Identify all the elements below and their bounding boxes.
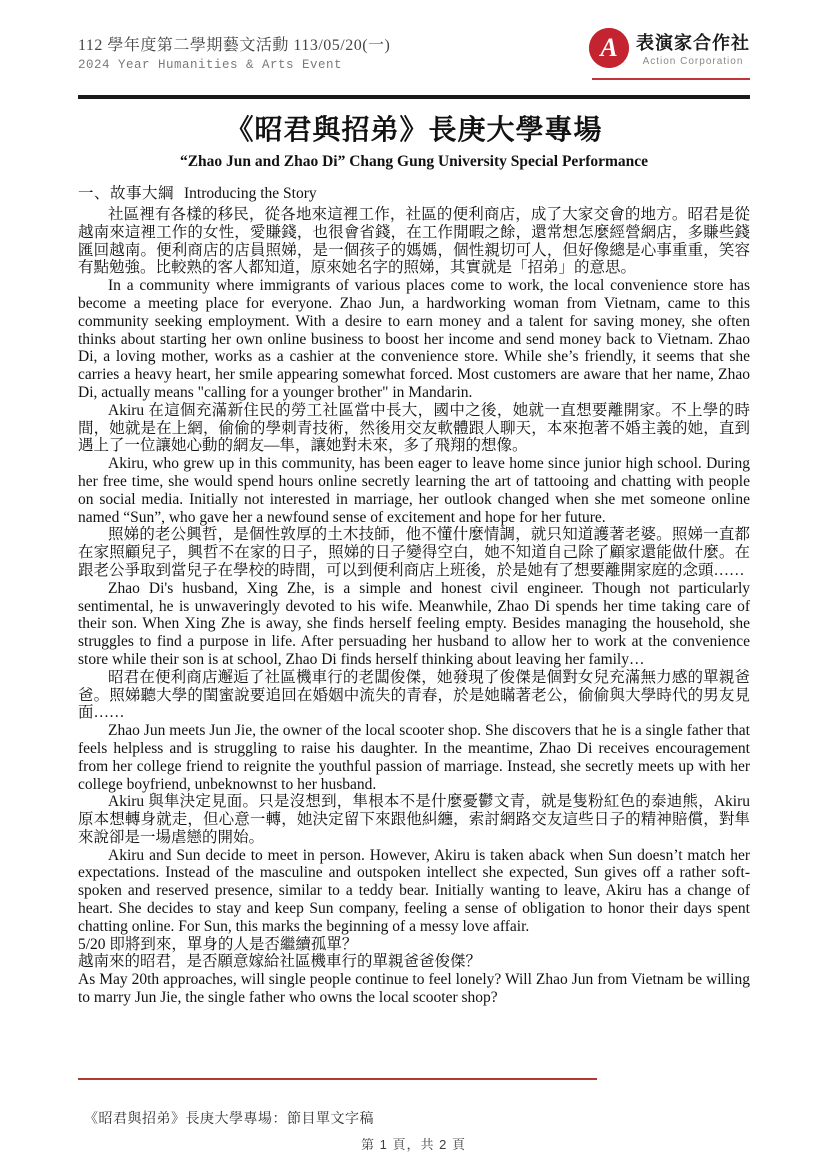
story-paragraph: In a community where immigrants of vario… — [78, 277, 750, 402]
section-heading: 一、故事大綱Introducing the Story — [78, 181, 750, 203]
story-paragraph: 5/20 即將到來，單身的人是否繼續孤單？ — [78, 936, 750, 954]
story-paragraph: Akiru 在這個充滿新住民的勞工社區當中長大，國中之後，她就一直想要離開家。不… — [78, 402, 750, 455]
story-paragraph: Zhao Jun meets Jun Jie, the owner of the… — [78, 722, 750, 793]
logo-wordmark: 表演家合作社 Action Corporation — [636, 29, 750, 67]
story-paragraph: As May 20th approaches, will single peop… — [78, 971, 750, 1007]
page-content: 112 學年度第二學期藝文活動 113/05/20(一) 2024 Year H… — [78, 28, 750, 1007]
story-paragraph: 社區裡有各樣的移民，從各地來這裡工作，社區的便利商店，成了大家交會的地方。昭君是… — [78, 206, 750, 277]
logo-main: A 表演家合作社 Action Corporation — [589, 28, 750, 68]
logo-name-en: Action Corporation — [643, 56, 744, 67]
story-paragraph: Akiru and Sun decide to meet in person. … — [78, 847, 750, 936]
story-paragraph: 越南來的昭君，是否願意嫁給社區機車行的單親爸爸俊傑？ — [78, 953, 750, 971]
page-header: 112 學年度第二學期藝文活動 113/05/20(一) 2024 Year H… — [78, 28, 750, 90]
document-title-en: “Zhao Jun and Zhao Di” Chang Gung Univer… — [78, 153, 750, 171]
story-paragraph: 照娣的老公興哲，是個性敦厚的土木技師，他不懂什麼情調，就只知道護著老婆。照娣一直… — [78, 526, 750, 579]
action-corporation-logo-icon: A — [589, 28, 629, 68]
document-title-zh: 《昭君與招弟》長庚大學專場 — [78, 108, 750, 148]
story-paragraph: Akiru, who grew up in this community, ha… — [78, 455, 750, 526]
story-paragraph: 昭君在便利商店邂逅了社區機車行的老闆俊傑，她發現了俊傑是個對女兒充滿無力感的單親… — [78, 669, 750, 722]
event-title-line: 112 學年度第二學期藝文活動 113/05/20(一) — [78, 32, 390, 55]
organization-logo: A 表演家合作社 Action Corporation — [589, 28, 750, 80]
footer-document-label: 《昭君與招弟》長庚大學專場：節目單文字稿 — [84, 1108, 374, 1128]
logo-underline-rule — [592, 78, 750, 80]
page-number: 第 1 頁，共 2 頁 — [0, 1134, 827, 1153]
story-paragraph: Akiru 與隼決定見面。只是沒想到，隼根本不是什麼憂鬱文青，就是隻粉紅色的泰迪… — [78, 793, 750, 846]
event-info: 112 學年度第二學期藝文活動 113/05/20(一) 2024 Year H… — [78, 28, 390, 72]
story-paragraphs: 社區裡有各樣的移民，從各地來這裡工作，社區的便利商店，成了大家交會的地方。昭君是… — [78, 206, 750, 1007]
footer-divider-rule — [78, 1078, 597, 1080]
story-paragraph: Zhao Di's husband, Xing Zhe, is a simple… — [78, 580, 750, 669]
logo-name-zh: 表演家合作社 — [636, 29, 750, 55]
section-heading-en: Introducing the Story — [184, 185, 317, 202]
event-subtitle-line: 2024 Year Humanities & Arts Event — [78, 58, 390, 72]
program-page: 112 學年度第二學期藝文活動 113/05/20(一) 2024 Year H… — [0, 0, 827, 1170]
header-divider-rule — [78, 95, 750, 99]
section-heading-zh: 一、故事大綱 — [78, 185, 174, 202]
